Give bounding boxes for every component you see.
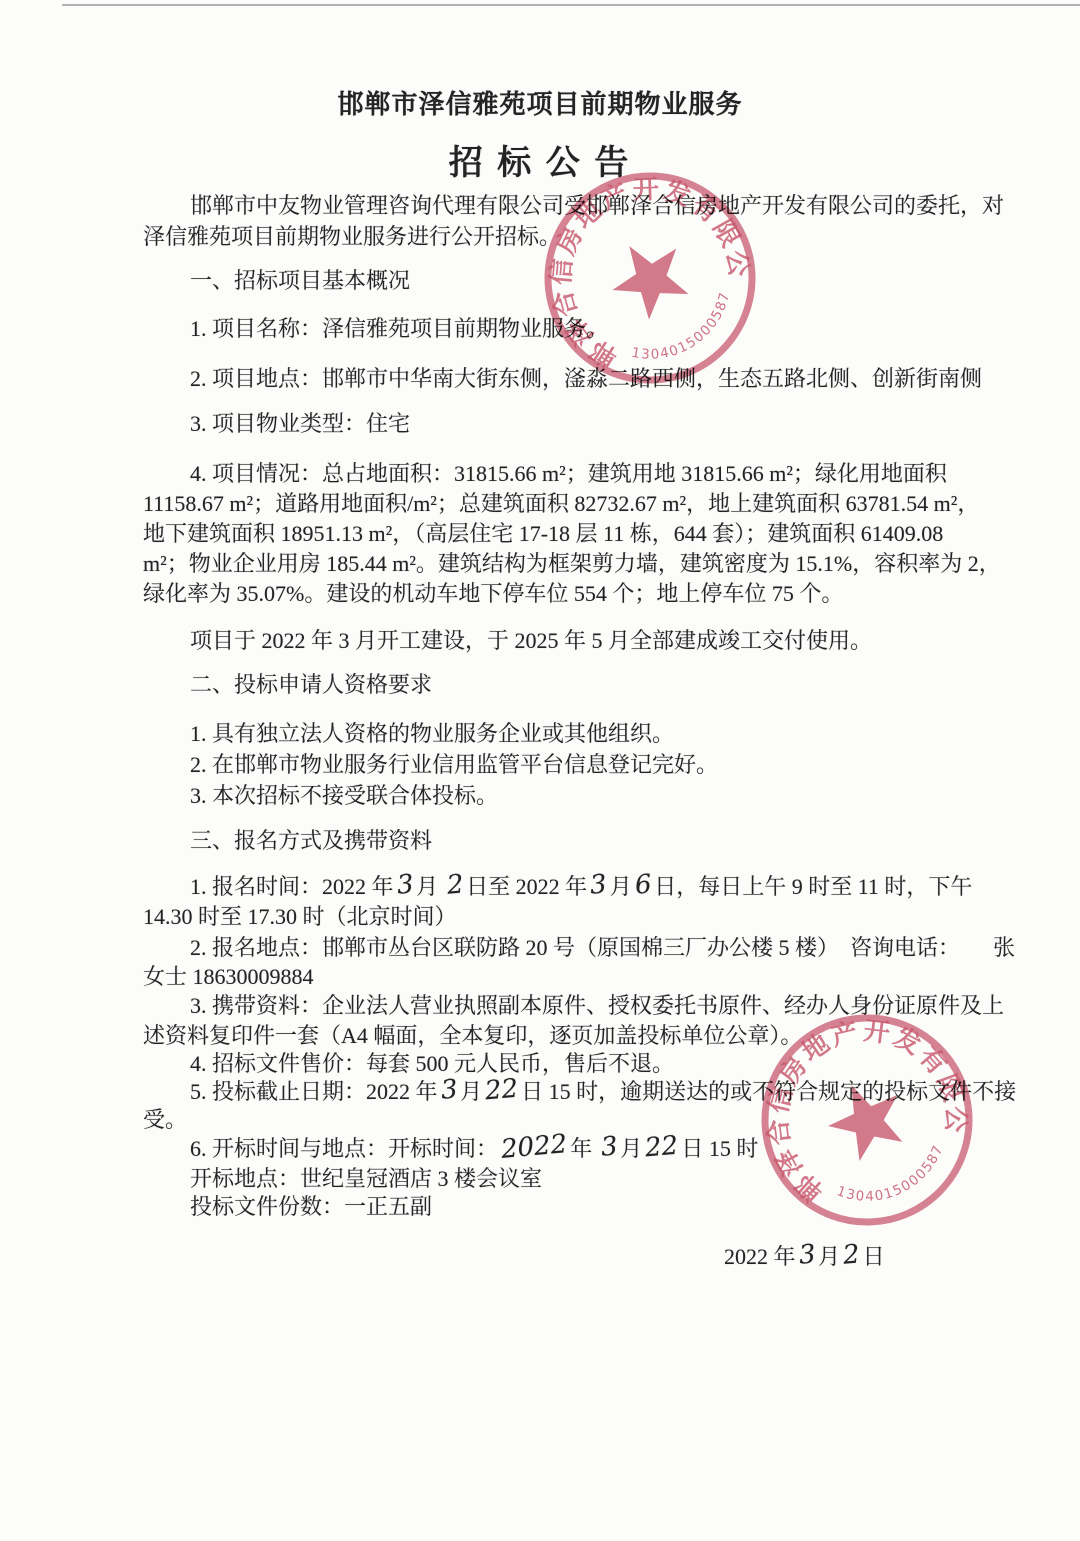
project-details-line: m²；物业企业用房 185.44 m²。建筑结构为框架剪力墙，建筑密度为 15.… xyxy=(143,549,1040,579)
project-details-line: 11158.67 m²；道路用地面积/m²；总建筑面积 82732.67 m²，… xyxy=(143,489,1040,519)
typed-text: 月 xyxy=(610,874,632,899)
seal-star-icon xyxy=(817,1070,916,1167)
typed-text: 2022 年 xyxy=(724,1244,796,1269)
registration-time-item: 1. 报名时间：2022 年3月 2日至 2022 年3月6日，每日上午 9 时… xyxy=(143,872,1040,932)
typed-text: 日，每日上午 9 时至 11 时，下午 xyxy=(654,874,972,899)
handwritten-text: 6 xyxy=(631,871,656,899)
typed-text: 月 xyxy=(460,1079,482,1104)
registration-time-line-1: 1. 报名时间：2022 年3月 2日至 2022 年3月6日，每日上午 9 时… xyxy=(143,872,1040,902)
project-details-line: 4. 项目情况：总占地面积：31815.66 m²；建筑用地 31815.66 … xyxy=(143,459,1040,489)
qualification-item-1: 1. 具有独立法人资格的物业服务企业或其他组织。 xyxy=(143,718,1040,749)
construction-schedule-text: 项目于 2022 年 3 月开工建设，于 2025 年 5 月全部建成竣工交付使… xyxy=(143,626,1040,656)
project-details-line: 地下建筑面积 18951.13 m²，（高层住宅 17-18 层 11 栋，64… xyxy=(143,519,1040,549)
document-subtitle: 招 标 公 告 xyxy=(0,135,1080,184)
qualification-list: 1. 具有独立法人资格的物业服务企业或其他组织。 2. 在邯郸市物业服务行业信用… xyxy=(143,718,1040,811)
scanned-document-page: 邯郸市泽信雅苑项目前期物业服务 招 标 公 告 邯郸市中友物业管理咨询代理有限公… xyxy=(0,0,1080,1541)
typed-text: 6. 开标时间与地点：开标时间： xyxy=(190,1136,498,1161)
handwritten-text: 3 xyxy=(586,871,611,899)
qualification-item-2: 2. 在邯郸市物业服务行业信用监管平台信息登记完好。 xyxy=(143,749,1040,780)
typed-text: 1. 报名时间：2022 年 xyxy=(190,874,394,899)
handwritten-text: 3 xyxy=(392,871,417,899)
section-3-heading: 三、报名方式及携带资料 xyxy=(143,826,1040,856)
typed-text: 年 xyxy=(570,1136,598,1161)
registration-time-line-2: 14.30 时至 17.30 时（北京时间） xyxy=(143,902,1040,932)
typed-text: 日至 2022 年 xyxy=(466,874,587,899)
qualification-item-3: 3. 本次招标不接受联合体投标。 xyxy=(143,780,1040,811)
handwritten-text: 2 xyxy=(442,871,467,899)
section-3-heading-text: 三、报名方式及携带资料 xyxy=(143,826,1040,856)
typed-text: 日 xyxy=(863,1244,885,1269)
registration-place-line-1: 2. 报名地点：邯郸市丛台区联防路 20 号（原国棉三厂办公楼 5 楼） 咨询电… xyxy=(143,933,1040,962)
handwritten-text: 22 xyxy=(641,1132,682,1161)
handwritten-text: 22 xyxy=(481,1075,522,1104)
typed-text: 5. 投标截止日期：2022 年 xyxy=(190,1079,438,1104)
typed-text: 月 xyxy=(620,1136,642,1161)
project-details-paragraph: 4. 项目情况：总占地面积：31815.66 m²；建筑用地 31815.66 … xyxy=(143,459,1040,609)
handwritten-text: 3 xyxy=(436,1076,461,1104)
property-type-text: 3. 项目物业类型：住宅 xyxy=(143,409,1040,439)
section-2-heading: 二、投标申请人资格要求 xyxy=(143,670,1040,700)
construction-schedule: 项目于 2022 年 3 月开工建设，于 2025 年 5 月全部建成竣工交付使… xyxy=(143,626,1040,656)
typed-text: 月 xyxy=(416,874,444,899)
seal-star-icon xyxy=(597,225,700,327)
section-2-heading-text: 二、投标申请人资格要求 xyxy=(143,670,1040,700)
handwritten-text: 3 xyxy=(597,1133,622,1161)
project-details-line: 绿化率为 35.07%。建设的机动车地下停车位 554 个；地上停车位 75 个… xyxy=(143,579,1040,609)
handwritten-text: 2022 xyxy=(497,1131,571,1163)
document-title: 邯郸市泽信雅苑项目前期物业服务 xyxy=(0,84,1080,121)
typed-text: 日 15 时 xyxy=(681,1136,758,1161)
property-type-item: 3. 项目物业类型：住宅 xyxy=(143,409,1040,439)
scan-edge-line xyxy=(62,4,1080,6)
